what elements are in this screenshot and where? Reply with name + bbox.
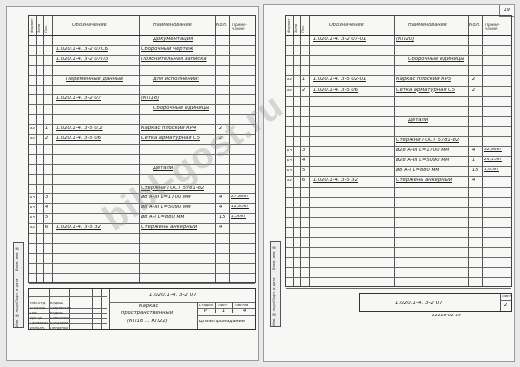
- row-designation: 1.020.1-4. 3-2 07-01: [313, 37, 366, 42]
- row-format: БЧ: [30, 196, 35, 200]
- header-designation: Обозначение: [329, 23, 364, 28]
- row-quantity: 2: [219, 126, 222, 131]
- row-name: Детали: [153, 166, 173, 171]
- header-zone: Зона: [294, 18, 298, 33]
- row-position: 1: [45, 126, 48, 131]
- role-label: Проверил: [30, 322, 48, 326]
- row-position: 6: [302, 178, 305, 183]
- role-name: Петренко: [50, 327, 68, 331]
- side-stamp-strip: Взам. инв. № Подп. и дата Инв. № подл.: [13, 242, 24, 328]
- row-name: (КП20): [396, 37, 414, 42]
- header-pos: Поз.: [44, 18, 48, 33]
- row-position: 6: [45, 225, 48, 230]
- role-label: Рук.гр.: [30, 317, 43, 321]
- row-designation: 1.020.1-4. 3-5 32: [56, 225, 101, 230]
- row-name: Сборочный чертеж: [141, 47, 193, 52]
- row-format: А4: [287, 78, 292, 82]
- row-name: Сборочные единицы: [153, 106, 209, 111]
- row-format: БЧ: [30, 216, 35, 220]
- row-note: 1,65кг: [484, 168, 499, 173]
- role-name: Шевченко: [50, 317, 69, 321]
- role-name: Кодыш: [50, 302, 63, 306]
- header-pos: Поз.: [301, 18, 305, 33]
- row-quantity: 4: [472, 148, 475, 153]
- header-qty: Кол.: [216, 23, 227, 28]
- row-note: 32,84кг: [484, 148, 502, 153]
- row-designation: 1.020.1-4. 3-2 07: [56, 96, 101, 101]
- row-name: Сетка арматурная С5: [396, 88, 455, 93]
- organization: ЦНИИПромзданий: [199, 320, 245, 325]
- row-format: А4: [287, 179, 292, 183]
- side-label: Взам. инв. №: [272, 244, 276, 270]
- row-position: 1: [302, 77, 305, 82]
- row-note: 27,84кг: [231, 195, 249, 200]
- row-position: 5: [45, 215, 48, 220]
- row-designation: 1.020.1-4. 3-2 07СБ: [56, 47, 108, 52]
- row-quantity: 4: [219, 195, 222, 200]
- row-name: Документация: [153, 37, 193, 42]
- title-line-3: (КП18 ... КП22): [127, 319, 168, 324]
- row-designation: 1.020.1-4. 3-5 06: [56, 136, 101, 141]
- header-name: Наименование: [408, 23, 447, 28]
- stage-value: Р: [204, 309, 207, 314]
- row-format: А4: [30, 127, 35, 131]
- row-name: ø28 А-III L=5090 мм: [396, 158, 449, 163]
- row-name: Пояснительная записка: [141, 57, 207, 62]
- row-name: Каркас плоский КР5: [396, 77, 451, 82]
- role-name: Кодыш: [50, 312, 63, 316]
- header-designation: Обозначение: [72, 23, 107, 28]
- row-quantity: 2: [472, 88, 475, 93]
- header-format: Формат: [30, 18, 34, 33]
- row-name: Каркас плоский КР4: [141, 126, 196, 131]
- row-designation: 1.020.1-4. 3-5 0.2: [56, 126, 103, 131]
- row-format: БЧ: [30, 206, 35, 210]
- row-quantity: 4: [472, 178, 475, 183]
- row-format: А4: [287, 89, 292, 93]
- sheets-value: 4: [243, 309, 246, 314]
- header-zone: Зона: [37, 18, 41, 33]
- row-quantity: 2: [472, 77, 475, 82]
- row-format: БЧ: [287, 159, 292, 163]
- specification-table: ФорматЗонаПоз.ОбозначениеНаименованиеКол…: [28, 15, 256, 283]
- row-quantity: 4: [219, 225, 222, 230]
- row-designation: 1.020.1-4. 3-2 07ПЗ: [56, 57, 108, 62]
- row-quantity: 15: [219, 215, 226, 220]
- row-designation: 1.020.1-4. 3-5 06: [313, 88, 358, 93]
- side-label: Инв. № подл.: [15, 305, 19, 327]
- row-position: 3: [45, 195, 48, 200]
- title-line-2: пространственный: [121, 311, 173, 316]
- row-name: ø28 А-III L=1700 мм: [396, 148, 449, 153]
- role-label: Исполн.: [30, 327, 45, 331]
- spec-sheet-left: Взам. инв. № Подп. и дата Инв. № подл. Ф…: [6, 6, 259, 361]
- sheet-value: 2: [504, 303, 507, 308]
- title-block: 1.020.1-4. 3-2 07 Лист 2: [359, 293, 512, 312]
- row-name: ø8 А-I L=880 мм: [396, 168, 439, 173]
- row-format: БЧ: [287, 149, 292, 153]
- sheet-label: Лист: [502, 295, 511, 299]
- row-format: А4: [30, 226, 35, 230]
- row-designation: 1.020.1-4. 3-5 02-01: [313, 77, 366, 82]
- row-name: Стержень анкерный: [141, 225, 197, 230]
- row-note: 12,85кг: [231, 205, 249, 210]
- row-name: Сетка арматурная С5: [141, 136, 200, 141]
- document-code: 1.020.1-4. 3-2 07: [149, 293, 197, 299]
- row-name: ø8 А-I L=880 мм: [141, 215, 184, 220]
- role-name: Бондарев: [50, 322, 68, 326]
- row-note: 1,56кг: [231, 215, 246, 220]
- sheet-value: 1: [222, 309, 225, 314]
- row-quantity: 2: [219, 136, 222, 141]
- header-qty: Кол.: [469, 23, 480, 28]
- row-name: Стержни ГОСТ 5781-82: [396, 138, 459, 143]
- specification-table: ФорматЗонаПоз.ОбозначениеНаименованиеКол…: [285, 15, 512, 287]
- side-label: Подп. и дата: [272, 274, 276, 302]
- row-name: ø8 А-III L=5090 мм: [141, 205, 191, 210]
- row-name: Детали: [408, 118, 428, 123]
- header-format: Формат: [287, 18, 291, 33]
- row-position: 2: [302, 88, 305, 93]
- row-designation: Переменные данные: [66, 77, 123, 82]
- side-label: Инв. № подл.: [272, 304, 276, 326]
- header-note: Приме-чание: [232, 23, 256, 31]
- row-position: 5: [302, 168, 305, 173]
- row-name: Сборочные единицы: [408, 57, 464, 62]
- header-name: Наименование: [153, 23, 192, 28]
- role-label: Н.контр.: [30, 307, 46, 311]
- row-name: ø8 А-III L=1700 мм: [141, 195, 191, 200]
- row-name: для исполнений:: [153, 77, 199, 82]
- row-designation: 1.020.1-4. 3-5 32: [313, 178, 358, 183]
- spec-sheet-right: 19 Взам. инв. № Подп. и дата Инв. № подл…: [263, 4, 515, 362]
- side-stamp-strip: Взам. инв. № Подп. и дата Инв. № подл.: [270, 241, 281, 327]
- row-format: БЧ: [287, 169, 292, 173]
- side-label: Взам. инв. №: [15, 245, 19, 271]
- row-note: 24,15кг: [484, 158, 502, 163]
- archive-number: 22228-02 19: [432, 314, 461, 319]
- header-note: Приме-чание: [485, 23, 509, 31]
- document-code: 1.020.1-4. 3-2 07: [395, 301, 443, 307]
- row-quantity: 15: [472, 168, 479, 173]
- row-quantity: 1: [472, 158, 475, 163]
- title-block: 1.020.1-4. 3-2 07 Стадия Лист Листов Р 1…: [28, 288, 256, 330]
- sheet-label: Лист: [218, 304, 227, 308]
- role-label: ГИП: [30, 312, 37, 316]
- title-line-1: Каркас: [139, 304, 158, 309]
- row-name: (КП18): [141, 96, 159, 101]
- row-position: 3: [302, 148, 305, 153]
- row-quantity: 4: [219, 205, 222, 210]
- row-position: 4: [45, 205, 48, 210]
- row-format: А4: [30, 137, 35, 141]
- role-name: Шаревский: [50, 307, 71, 311]
- role-label: Нач.отд.: [30, 302, 46, 306]
- row-position: 4: [302, 158, 305, 163]
- side-label: Подп. и дата: [15, 275, 19, 303]
- row-position: 2: [45, 136, 48, 141]
- row-name: Стержень анкерный: [396, 178, 452, 183]
- stage-label: Стадия: [199, 304, 213, 308]
- sheets-label: Листов: [235, 304, 248, 308]
- row-name: Стержни ГОСТ 5781-82: [141, 186, 204, 191]
